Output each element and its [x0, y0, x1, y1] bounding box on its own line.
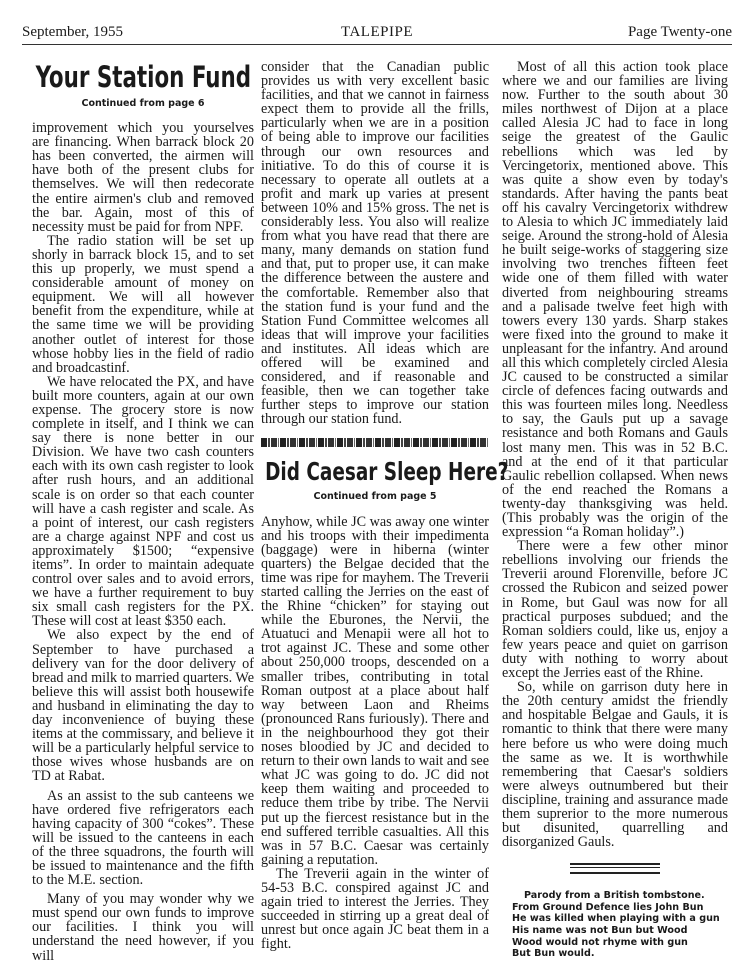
poem-line: But Bun would. — [512, 948, 728, 960]
article-title-caesar: Did Caesar Sleep Here? — [265, 457, 485, 487]
paragraph: We have relocated the PX, and have built… — [32, 375, 254, 629]
page-number: Page Twenty-one — [628, 24, 732, 41]
poem-line: Wood would not rhyme with gun — [512, 937, 728, 949]
running-head: September, 1955 TALEPIPE Page Twenty-one — [22, 22, 732, 45]
column-3: Most of all this action took place where… — [502, 60, 728, 960]
poem-line: From Ground Defence lies John Bun — [512, 902, 728, 914]
poem-title: Parody from a British tombstone. — [512, 890, 728, 902]
publication-name: TALEPIPE — [22, 24, 732, 41]
paragraph: We also expect by the end of September t… — [32, 628, 254, 783]
poem-line: His name was not Bun but Wood — [512, 925, 728, 937]
paragraph: Anyhow, while JC was away one winter and… — [261, 515, 489, 867]
paragraph: There were a few other minor rebellions … — [502, 539, 728, 680]
paragraph: So, while on garrison duty here in the 2… — [502, 680, 728, 849]
poem-line: He was killed when playing with a gun — [512, 913, 728, 925]
decorative-divider — [261, 438, 489, 447]
article-title-station-fund: Your Station Fund — [36, 60, 251, 94]
paragraph: As an assist to the sub canteens we have… — [32, 789, 254, 888]
continued-note: Continued from page 6 — [32, 97, 254, 111]
paragraph: The radio station will be set up shorly … — [32, 234, 254, 375]
triple-rule-divider — [570, 863, 660, 874]
paragraph: Most of all this action took place where… — [502, 60, 728, 539]
continued-note: Continued from page 5 — [261, 490, 489, 504]
column-1: Your Station Fund Continued from page 6 … — [32, 60, 254, 963]
paragraph: Many of you may wonder why we must spend… — [32, 892, 254, 962]
paragraph: The Treverii again in the winter of 54-5… — [261, 867, 489, 952]
paragraph: consider that the Canadian public provid… — [261, 60, 489, 426]
tombstone-parody: Parody from a British tombstone. From Gr… — [502, 890, 728, 960]
column-2: consider that the Canadian public provid… — [261, 60, 489, 951]
paragraph: improvement which you yourselves are fin… — [32, 121, 254, 234]
